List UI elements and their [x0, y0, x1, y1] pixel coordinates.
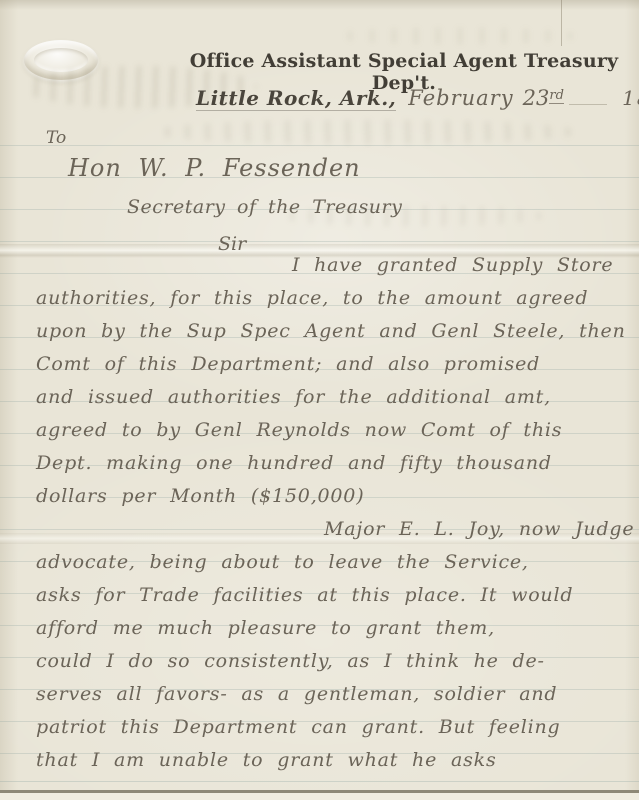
letterhead-place: Little Rock, Ark.,: [196, 86, 396, 111]
embossed-seal: [24, 40, 98, 80]
body-line: could I do so consistently, as I think h…: [36, 645, 628, 678]
printed-blank-rule: [569, 104, 607, 105]
body-line: serves all favors- as a gentleman, soldi…: [36, 678, 628, 711]
body-line: Comt of this Department; and also promis…: [36, 348, 628, 381]
body-line: Major E. L. Joy, now Judge: [36, 513, 628, 546]
ruled-line-bottom: [0, 781, 639, 782]
body-line: Dept. making one hundred and fifty thous…: [36, 447, 628, 480]
scan-background-strip: [0, 793, 639, 800]
date-ordinal-suffix: rd: [549, 88, 564, 104]
body-line: afford me much pleasure to grant them,: [36, 612, 628, 645]
body-line: dollars per Month ($150,000): [36, 480, 628, 513]
date-year: 1865: [622, 86, 639, 110]
letter-body: I have granted Supply Store authorities,…: [36, 249, 628, 777]
letter-page: Office Assistant Special Agent Treasury …: [0, 0, 639, 800]
body-line: authorities, for this place, to the amou…: [36, 282, 628, 315]
body-line: upon by the Sup Spec Agent and Genl Stee…: [36, 315, 628, 348]
date-day: 23: [523, 86, 550, 110]
address-to: To: [46, 128, 66, 148]
dateline: Little Rock, Ark., February 23rd 1865: [196, 86, 626, 110]
ink-bleedthrough: [330, 28, 580, 44]
address-recipient-title: Secretary of the Treasury: [127, 196, 402, 218]
body-line: advocate, being about to leave the Servi…: [36, 546, 628, 579]
paper-crease-mark: [561, 0, 562, 46]
body-line: asks for Trade facilities at this place.…: [36, 579, 628, 612]
body-line: I have granted Supply Store: [36, 249, 628, 282]
body-line: patriot this Department can grant. But f…: [36, 711, 628, 744]
body-line: that I am unable to grant what he asks: [36, 744, 628, 777]
date-month: February: [408, 86, 513, 110]
address-recipient: Hon W. P. Fessenden: [68, 154, 361, 182]
body-line: and issued authorities for the additiona…: [36, 381, 628, 414]
body-line: agreed to by Genl Reynolds now Comt of t…: [36, 414, 628, 447]
